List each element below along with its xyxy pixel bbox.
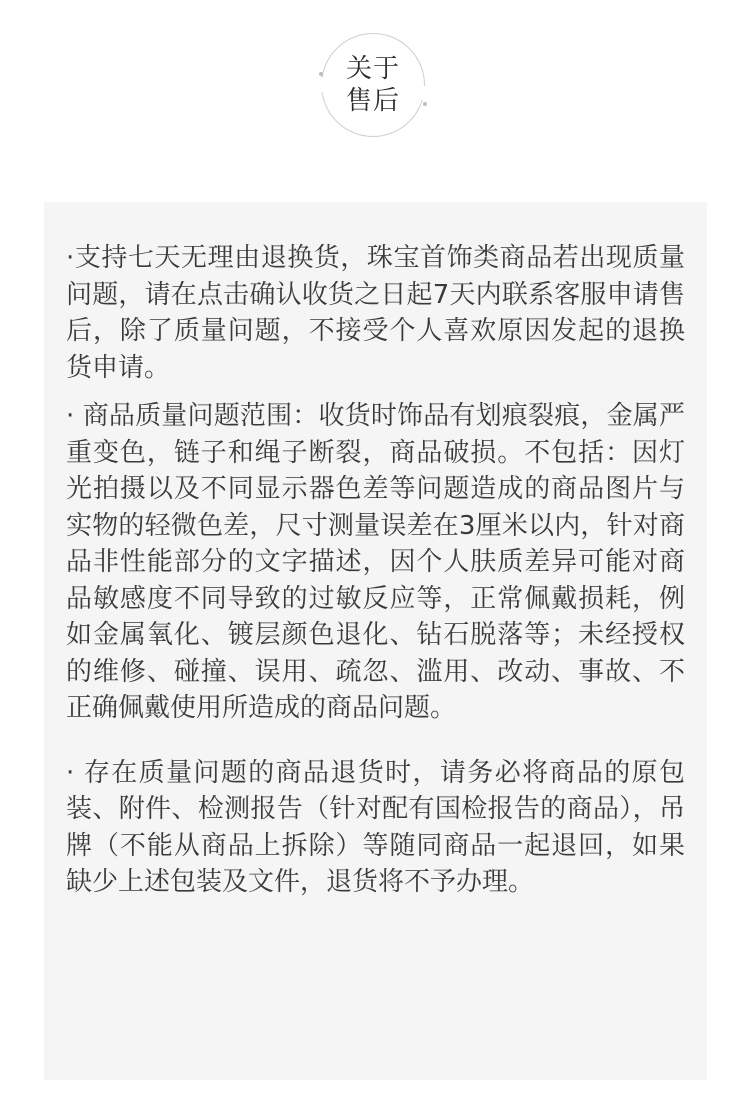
badge-title-line2: 售后 [346, 85, 400, 117]
policy-paragraph-return-requirements: · 存在质量问题的商品退货时，请务必将商品的原包装、附件、检测报告（针对配有国检… [66, 755, 685, 901]
policy-paragraph-quality-scope: · 商品质量问题范围：收货时饰品有划痕裂痕，金属严重变色，链子和绳子断裂，商品破… [66, 398, 685, 727]
badge-gap [318, 78, 326, 92]
badge-gap [420, 86, 428, 100]
after-sales-policy-panel: ·支持七天无理由退换货，珠宝首饰类商品若出现质量问题，请在点击确认收货之日起7天… [44, 202, 707, 1080]
badge-dot-decoration [319, 72, 323, 76]
badge-dot-decoration [423, 102, 427, 106]
about-after-sales-badge: 关于 售后 [321, 33, 425, 137]
policy-paragraph-return-exchange: ·支持七天无理由退换货，珠宝首饰类商品若出现质量问题，请在点击确认收货之日起7天… [66, 240, 685, 386]
badge-title-line1: 关于 [346, 53, 400, 85]
